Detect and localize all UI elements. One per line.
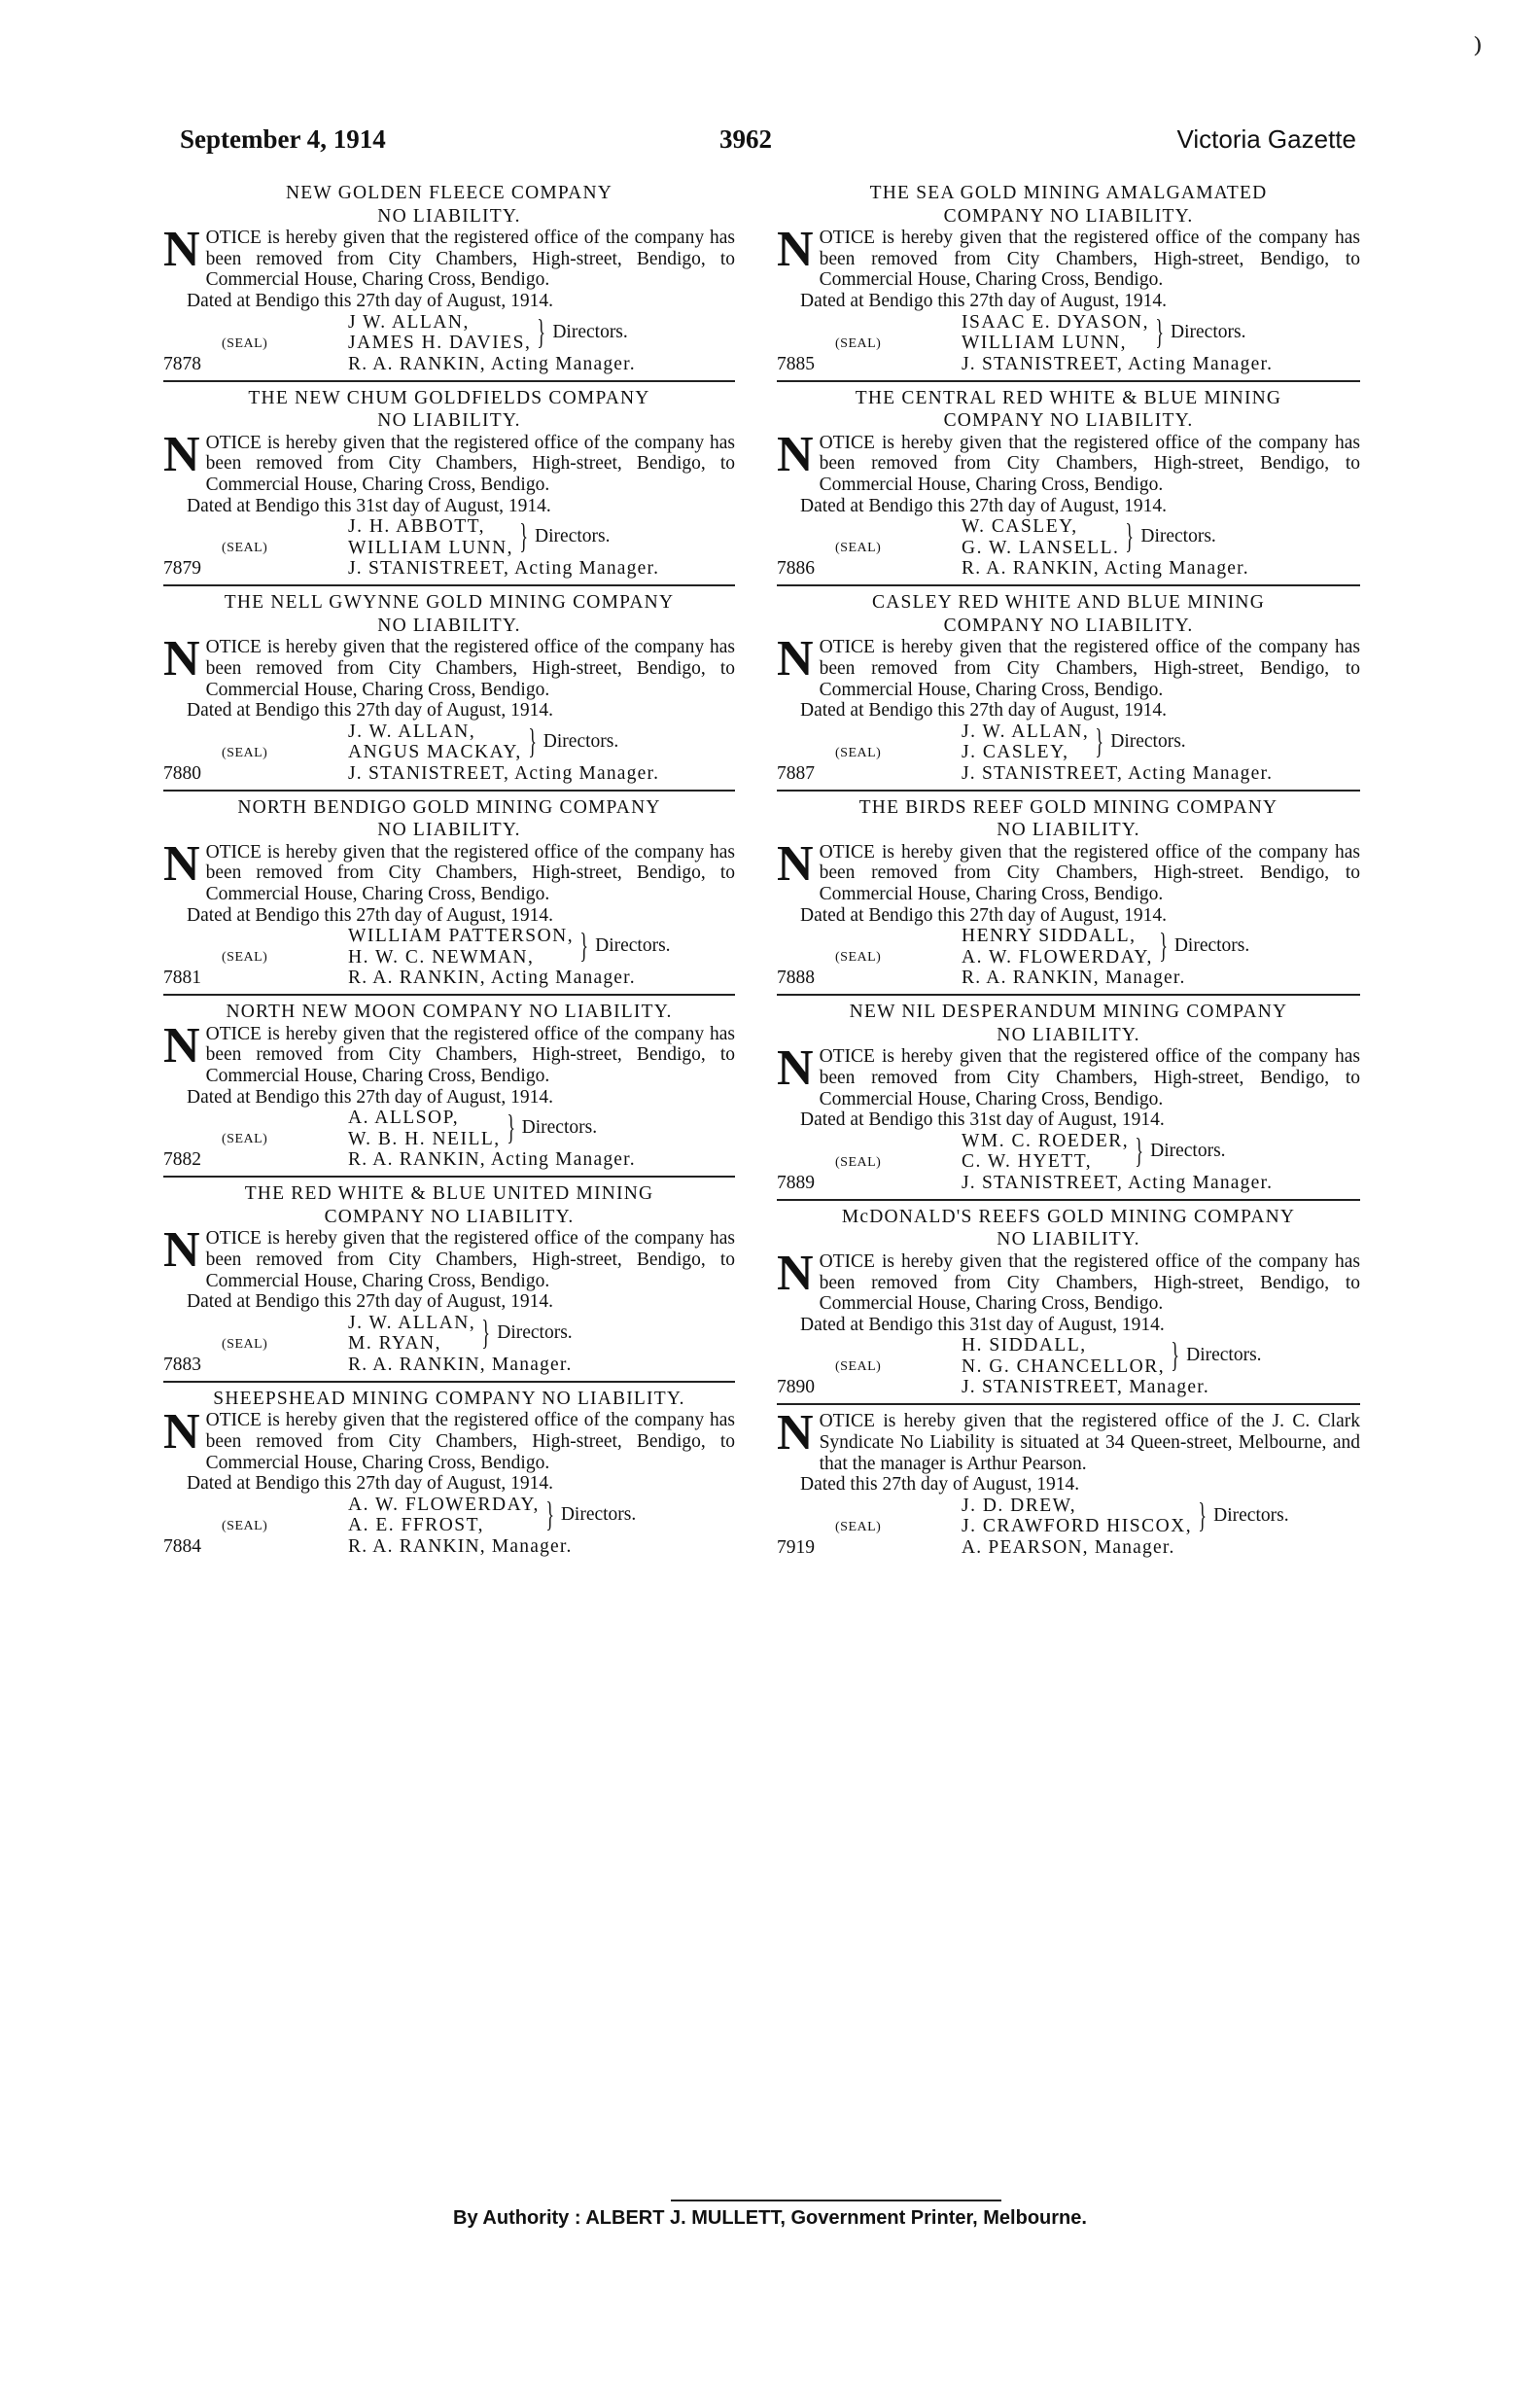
right-column: THE SEA GOLD MINING AMALGAMATED COMPANY … <box>777 181 1360 1569</box>
manager-signature: J. STANISTREET, Acting Manager. <box>962 354 1273 375</box>
notice-number: 7879 <box>163 558 201 580</box>
director-name: A. E. FFROST, <box>348 1515 540 1536</box>
drop-cap: N <box>163 844 200 885</box>
notice-body-text: OTICE is hereby given that the registere… <box>206 1410 735 1472</box>
notice-body: N OTICE is hereby given that the registe… <box>163 1024 735 1087</box>
signature-block: J W. ALLAN, JAMES H. DAVIES, } Directors… <box>163 312 735 374</box>
notice-number: 7880 <box>163 763 201 785</box>
director-name: J. W. ALLAN, <box>962 722 1089 743</box>
notice-body-text: OTICE is hereby given that the registere… <box>820 1411 1360 1473</box>
notice-body-text: OTICE is hereby given that the registere… <box>820 1251 1360 1314</box>
left-column: NEW GOLDEN FLEECE COMPANY NO LIABILITY. … <box>163 181 735 1568</box>
director-names: H. SIDDALL, N. G. CHANCELLOR, <box>962 1335 1165 1377</box>
notice: NEW NIL DESPERANDUM MINING COMPANY NO LI… <box>777 1002 1360 1201</box>
notice-dated-line: Dated this 27th day of August, 1914. <box>777 1474 1360 1496</box>
notice-number: 7882 <box>163 1149 201 1171</box>
director-names: A. ALLSOP, W. B. H. NEILL, <box>348 1108 501 1149</box>
notice-number: 7890 <box>777 1377 815 1398</box>
notice: THE NEW CHUM GOLDFIELDS COMPANY NO LIABI… <box>163 388 735 587</box>
director-name: ISAAC E. DYASON, <box>962 312 1149 334</box>
notice-title-line-2: COMPANY NO LIABILITY. <box>163 1207 735 1228</box>
brace-icon: } <box>1198 1497 1207 1532</box>
notice-title-line-2: NO LIABILITY. <box>163 820 735 841</box>
drop-cap: N <box>777 639 814 680</box>
notice-dated-line: Dated at Bendigo this 31st day of August… <box>777 1315 1360 1336</box>
notice-body: N OTICE is hereby given that the registe… <box>777 1251 1360 1315</box>
signature-block: J. H. ABBOTT, WILLIAM LUNN, } Directors.… <box>163 516 735 579</box>
drop-cap: N <box>777 1253 814 1294</box>
notice-title-line-1: THE BIRDS REEF GOLD MINING COMPANY <box>777 797 1360 819</box>
manager-signature: J. STANISTREET, Acting Manager. <box>348 558 659 580</box>
director-name: A. W. FLOWERDAY, <box>348 1495 540 1516</box>
seal-label: (SEAL) <box>835 743 881 764</box>
notice-body-text: OTICE is hereby given that the registere… <box>206 433 735 495</box>
notice-body-text: OTICE is hereby given that the registere… <box>206 1228 735 1290</box>
manager-signature: R. A. RANKIN, Acting Manager. <box>348 968 636 989</box>
director-name: H. SIDDALL, <box>962 1335 1165 1356</box>
brace-icon: } <box>1171 1337 1179 1372</box>
drop-cap: N <box>163 229 200 270</box>
notice: THE SEA GOLD MINING AMALGAMATED COMPANY … <box>777 183 1360 382</box>
directors-label: Directors. <box>552 322 627 343</box>
notice-title-line-1: NORTH BENDIGO GOLD MINING COMPANY <box>163 797 735 819</box>
director-names: J W. ALLAN, JAMES H. DAVIES, <box>348 312 531 354</box>
director-name: J. CASLEY, <box>962 742 1089 763</box>
notice-title-line-2: COMPANY NO LIABILITY. <box>777 410 1360 432</box>
notice-body: N OTICE is hereby given that the registe… <box>163 842 735 905</box>
manager-signature: R. A. RANKIN, Acting Manager. <box>348 354 636 375</box>
director-name: J. D. DREW, <box>962 1496 1192 1517</box>
directors-label: Directors. <box>535 526 610 547</box>
brace-icon: } <box>528 723 537 758</box>
notice-number: 7881 <box>163 968 201 989</box>
notice-dated-line: Dated at Bendigo this 27th day of August… <box>777 700 1360 722</box>
notice-number: 7887 <box>777 763 815 785</box>
manager-signature: J. STANISTREET, Manager. <box>962 1377 1209 1398</box>
signature-block: HENRY SIDDALL, A. W. FLOWERDAY, } Direct… <box>777 926 1360 988</box>
directors-label: Directors. <box>1174 935 1249 957</box>
notice: THE BIRDS REEF GOLD MINING COMPANY NO LI… <box>777 797 1360 997</box>
publication-title: Victoria Gazette <box>1176 124 1356 155</box>
notice-title-line-2: NO LIABILITY. <box>163 410 735 432</box>
notice-title-line-1: SHEEPSHEAD MINING COMPANY NO LIABILITY. <box>163 1389 735 1410</box>
director-names: J. W. ALLAN, ANGUS MACKAY, <box>348 722 522 763</box>
notice-title-line-1: THE NEW CHUM GOLDFIELDS COMPANY <box>163 388 735 409</box>
notice-title-line-2: COMPANY NO LIABILITY. <box>777 616 1360 637</box>
directors-label: Directors. <box>497 1322 572 1344</box>
manager-signature: A. PEARSON, Manager. <box>962 1537 1175 1559</box>
notice-number: 7878 <box>163 354 201 375</box>
notice-body-text: OTICE is hereby given that the registere… <box>206 637 735 699</box>
director-names: J. W. ALLAN, M. RYAN, <box>348 1313 475 1355</box>
notice-title-line-1: NEW NIL DESPERANDUM MINING COMPANY <box>777 1002 1360 1023</box>
notice-number: 7889 <box>777 1173 815 1194</box>
notice-title-line-2: NO LIABILITY. <box>777 820 1360 841</box>
director-name: J. H. ABBOTT, <box>348 516 513 538</box>
director-name: J. W. ALLAN, <box>348 1313 475 1334</box>
notice-title-line-1: THE SEA GOLD MINING AMALGAMATED <box>777 183 1360 204</box>
notice-number: 7919 <box>777 1537 815 1559</box>
notice-title-line-2: NO LIABILITY. <box>163 616 735 637</box>
notice-body-text: OTICE is hereby given that the registere… <box>206 228 735 290</box>
seal-label: (SEAL) <box>835 1356 881 1378</box>
footer-rule <box>671 2200 1001 2201</box>
notice-body-text: OTICE is hereby given that the registere… <box>820 1046 1360 1109</box>
brace-icon: } <box>579 928 588 963</box>
signature-block: W. CASLEY, G. W. LANSELL. } Directors. (… <box>777 516 1360 579</box>
signature-block: WM. C. ROEDER, C. W. HYETT, } Directors.… <box>777 1131 1360 1193</box>
signature-block: J. W. ALLAN, M. RYAN, } Directors. (SEAL… <box>163 1313 735 1375</box>
notice-title-line-2: NO LIABILITY. <box>777 1025 1360 1046</box>
notice: THE CENTRAL RED WHITE & BLUE MINING COMP… <box>777 388 1360 587</box>
notice-title-line-2: NO LIABILITY. <box>777 1229 1360 1250</box>
director-names: HENRY SIDDALL, A. W. FLOWERDAY, <box>962 926 1153 968</box>
notice-dated-line: Dated at Bendigo this 27th day of August… <box>163 1473 735 1495</box>
notice-dated-line: Dated at Bendigo this 27th day of August… <box>163 291 735 312</box>
notice-title-line-1: NORTH NEW MOON COMPANY NO LIABILITY. <box>163 1002 735 1023</box>
drop-cap: N <box>777 1413 814 1454</box>
brace-icon: } <box>545 1496 554 1531</box>
seal-label: (SEAL) <box>835 947 881 968</box>
notice-dated-line: Dated at Bendigo this 27th day of August… <box>777 291 1360 312</box>
notice: CASLEY RED WHITE AND BLUE MINING COMPANY… <box>777 592 1360 792</box>
director-names: WM. C. ROEDER, C. W. HYETT, <box>962 1131 1129 1173</box>
director-name: WILLIAM LUNN, <box>962 333 1149 354</box>
directors-label: Directors. <box>1140 526 1215 547</box>
seal-label: (SEAL) <box>222 1129 267 1150</box>
notice-body: N OTICE is hereby given that the registe… <box>777 1411 1360 1474</box>
director-names: J. W. ALLAN, J. CASLEY, <box>962 722 1089 763</box>
page-number: 3962 <box>719 124 772 155</box>
notice-body-text: OTICE is hereby given that the registere… <box>820 842 1360 904</box>
manager-signature: J. STANISTREET, Acting Manager. <box>962 1173 1273 1194</box>
notice-body-text: OTICE is hereby given that the registere… <box>820 228 1360 290</box>
director-name: WILLIAM PATTERSON, <box>348 926 574 947</box>
drop-cap: N <box>163 1026 200 1067</box>
manager-signature: R. A. RANKIN, Manager. <box>962 968 1186 989</box>
drop-cap: N <box>777 435 814 475</box>
notice-dated-line: Dated at Bendigo this 27th day of August… <box>163 1291 735 1313</box>
signature-block: H. SIDDALL, N. G. CHANCELLOR, } Director… <box>777 1335 1360 1397</box>
notice-number: 7886 <box>777 558 815 580</box>
notice-dated-line: Dated at Bendigo this 27th day of August… <box>163 1087 735 1109</box>
director-name: J. W. ALLAN, <box>348 722 522 743</box>
notice-body: N OTICE is hereby given that the registe… <box>777 842 1360 905</box>
notice-number: 7884 <box>163 1536 201 1558</box>
notice: THE RED WHITE & BLUE UNITED MINING COMPA… <box>163 1183 735 1383</box>
drop-cap: N <box>163 1230 200 1271</box>
notice: N OTICE is hereby given that the registe… <box>777 1411 1360 1563</box>
notice-body: N OTICE is hereby given that the registe… <box>163 1410 735 1473</box>
signature-block: ISAAC E. DYASON, WILLIAM LUNN, } Directo… <box>777 312 1360 374</box>
seal-label: (SEAL) <box>222 947 267 968</box>
manager-signature: R. A. RANKIN, Acting Manager. <box>348 1149 636 1171</box>
signature-block: J. W. ALLAN, J. CASLEY, } Directors. (SE… <box>777 722 1360 784</box>
brace-icon: } <box>1159 928 1168 963</box>
director-names: W. CASLEY, G. W. LANSELL. <box>962 516 1119 558</box>
director-name: A. W. FLOWERDAY, <box>962 947 1153 968</box>
drop-cap: N <box>777 844 814 885</box>
notice-title-line-1: McDONALD'S REEFS GOLD MINING COMPANY <box>777 1207 1360 1228</box>
notice-dated-line: Dated at Bendigo this 31st day of August… <box>163 496 735 517</box>
seal-label: (SEAL) <box>222 334 267 355</box>
director-name: W. B. H. NEILL, <box>348 1129 501 1150</box>
notice-dated-line: Dated at Bendigo this 27th day of August… <box>163 905 735 927</box>
directors-label: Directors. <box>1213 1505 1288 1527</box>
seal-label: (SEAL) <box>222 743 267 764</box>
director-name: M. RYAN, <box>348 1333 475 1355</box>
director-name: WM. C. ROEDER, <box>962 1131 1129 1152</box>
drop-cap: N <box>163 639 200 680</box>
notice-body: N OTICE is hereby given that the registe… <box>777 1046 1360 1109</box>
brace-icon: } <box>519 518 528 553</box>
notice-dated-line: Dated at Bendigo this 31st day of August… <box>777 1109 1360 1131</box>
brace-icon: } <box>1135 1133 1143 1168</box>
printer-imprint: By Authority : ALBERT J. MULLETT, Govern… <box>0 2207 1540 2230</box>
directors-label: Directors. <box>1186 1345 1261 1366</box>
seal-label: (SEAL) <box>835 1152 881 1174</box>
brace-icon: } <box>1155 314 1164 349</box>
manager-signature: R. A. RANKIN, Manager. <box>348 1355 573 1376</box>
notice-body: N OTICE is hereby given that the registe… <box>163 228 735 291</box>
brace-icon: } <box>507 1109 515 1144</box>
seal-label: (SEAL) <box>835 538 881 559</box>
director-names: J. D. DREW, J. CRAWFORD HISCOX, <box>962 1496 1192 1537</box>
notice: NEW GOLDEN FLEECE COMPANY NO LIABILITY. … <box>163 183 735 382</box>
notice-number: 7888 <box>777 968 815 989</box>
director-name: W. CASLEY, <box>962 516 1119 538</box>
notice-body: N OTICE is hereby given that the registe… <box>163 1228 735 1291</box>
director-name: HENRY SIDDALL, <box>962 926 1153 947</box>
notice-dated-line: Dated at Bendigo this 27th day of August… <box>163 700 735 722</box>
directors-label: Directors. <box>1150 1141 1225 1162</box>
notice-title-line-1: THE CENTRAL RED WHITE & BLUE MINING <box>777 388 1360 409</box>
seal-label: (SEAL) <box>835 1517 881 1538</box>
notice-dated-line: Dated at Bendigo this 27th day of August… <box>777 496 1360 517</box>
notice-body-text: OTICE is hereby given that the registere… <box>820 637 1360 699</box>
drop-cap: N <box>163 435 200 475</box>
director-name: G. W. LANSELL. <box>962 538 1119 559</box>
director-name: A. ALLSOP, <box>348 1108 501 1129</box>
notice: NORTH BENDIGO GOLD MINING COMPANY NO LIA… <box>163 797 735 997</box>
seal-label: (SEAL) <box>835 334 881 355</box>
drop-cap: N <box>777 1048 814 1089</box>
directors-label: Directors. <box>522 1117 597 1139</box>
seal-label: (SEAL) <box>222 538 267 559</box>
notice: THE NELL GWYNNE GOLD MINING COMPANY NO L… <box>163 592 735 792</box>
director-name: ANGUS MACKAY, <box>348 742 522 763</box>
notice: NORTH NEW MOON COMPANY NO LIABILITY. N O… <box>163 1002 735 1178</box>
director-names: ISAAC E. DYASON, WILLIAM LUNN, <box>962 312 1149 354</box>
manager-signature: R. A. RANKIN, Manager. <box>348 1536 573 1558</box>
notice-dated-line: Dated at Bendigo this 27th day of August… <box>777 905 1360 927</box>
drop-cap: N <box>163 1412 200 1453</box>
notice-title-line-2: NO LIABILITY. <box>163 206 735 228</box>
notice-body-text: OTICE is hereby given that the registere… <box>820 433 1360 495</box>
page-header: September 4, 1914 3962 Victoria Gazette <box>180 124 1356 163</box>
notice-body: N OTICE is hereby given that the registe… <box>163 433 735 496</box>
directors-label: Directors. <box>543 731 618 753</box>
signature-block: A. ALLSOP, W. B. H. NEILL, } Directors. … <box>163 1108 735 1170</box>
director-names: WILLIAM PATTERSON, H. W. C. NEWMAN, <box>348 926 574 968</box>
director-name: J W. ALLAN, <box>348 312 531 334</box>
directors-label: Directors. <box>595 935 670 957</box>
seal-label: (SEAL) <box>222 1516 267 1537</box>
brace-icon: } <box>482 1315 491 1350</box>
manager-signature: J. STANISTREET, Acting Manager. <box>348 763 659 785</box>
notice-body: N OTICE is hereby given that the registe… <box>777 637 1360 700</box>
notice-title-line-1: THE NELL GWYNNE GOLD MINING COMPANY <box>163 592 735 614</box>
notice-body-text: OTICE is hereby given that the registere… <box>206 842 735 904</box>
signature-block: J. D. DREW, J. CRAWFORD HISCOX, } Direct… <box>777 1496 1360 1558</box>
directors-label: Directors. <box>1110 731 1185 753</box>
brace-icon: } <box>1096 723 1104 758</box>
director-name: H. W. C. NEWMAN, <box>348 947 574 968</box>
notice-number: 7883 <box>163 1355 201 1376</box>
notice-title-line-1: NEW GOLDEN FLEECE COMPANY <box>163 183 735 204</box>
notice-body-text: OTICE is hereby given that the registere… <box>206 1024 735 1086</box>
signature-block: WILLIAM PATTERSON, H. W. C. NEWMAN, } Di… <box>163 926 735 988</box>
notice: SHEEPSHEAD MINING COMPANY NO LIABILITY. … <box>163 1389 735 1563</box>
margin-pen-mark-icon: ⁾ <box>1473 29 1483 75</box>
notice-body: N OTICE is hereby given that the registe… <box>163 637 735 700</box>
director-name: JAMES H. DAVIES, <box>348 333 531 354</box>
manager-signature: J. STANISTREET, Acting Manager. <box>962 763 1273 785</box>
director-name: N. G. CHANCELLOR, <box>962 1356 1165 1378</box>
directors-label: Directors. <box>1171 322 1245 343</box>
seal-label: (SEAL) <box>222 1334 267 1355</box>
drop-cap: N <box>777 229 814 270</box>
director-names: A. W. FLOWERDAY, A. E. FFROST, <box>348 1495 540 1536</box>
notice-title-line-1: CASLEY RED WHITE AND BLUE MINING <box>777 592 1360 614</box>
signature-block: J. W. ALLAN, ANGUS MACKAY, } Directors. … <box>163 722 735 784</box>
notice-body: N OTICE is hereby given that the registe… <box>777 228 1360 291</box>
issue-date: September 4, 1914 <box>180 124 386 155</box>
notice-title-line-2: COMPANY NO LIABILITY. <box>777 206 1360 228</box>
notice-number: 7885 <box>777 354 815 375</box>
brace-icon: } <box>1126 518 1135 553</box>
director-name: C. W. HYETT, <box>962 1151 1129 1173</box>
notice: McDONALD'S REEFS GOLD MINING COMPANY NO … <box>777 1207 1360 1406</box>
director-name: WILLIAM LUNN, <box>348 538 513 559</box>
manager-signature: R. A. RANKIN, Acting Manager. <box>962 558 1249 580</box>
brace-icon: } <box>538 314 546 349</box>
director-names: J. H. ABBOTT, WILLIAM LUNN, <box>348 516 513 558</box>
directors-label: Directors. <box>561 1504 636 1526</box>
notice-title-line-1: THE RED WHITE & BLUE UNITED MINING <box>163 1183 735 1205</box>
director-name: J. CRAWFORD HISCOX, <box>962 1516 1192 1537</box>
signature-block: A. W. FLOWERDAY, A. E. FFROST, } Directo… <box>163 1495 735 1557</box>
notice-body: N OTICE is hereby given that the registe… <box>777 433 1360 496</box>
